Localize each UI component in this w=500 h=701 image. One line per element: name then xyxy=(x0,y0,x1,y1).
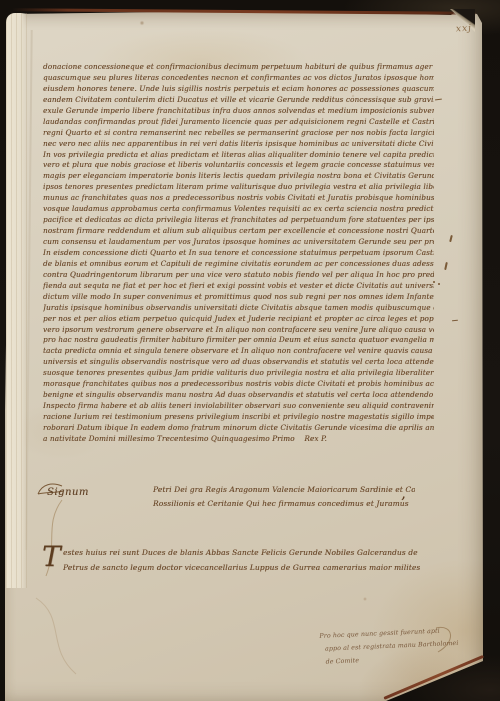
witness-text-block: estes huius rei sunt Duces de blanis Abb… xyxy=(63,546,420,575)
signum-label: Signum xyxy=(47,487,89,498)
witness-line: estes huius rei sunt Duces de blanis Abb… xyxy=(63,546,420,561)
text-line: vero et plura que nobis graciose et libe… xyxy=(43,160,434,171)
text-line: a nativitate Domini millesimo Trecentesi… xyxy=(43,434,434,445)
text-line: contra Quadringentorum librarum per una … xyxy=(43,270,434,281)
text-line: In eisdem concessione dicti Quarto et In… xyxy=(43,248,434,259)
manuscript-photo: xxj donacione concessioneque et confirma… xyxy=(0,0,500,701)
text-line: Inspecto firma habere et ab aliis teneri… xyxy=(43,401,434,412)
text-line: Juratis ipsisque hominibus observandis u… xyxy=(43,303,434,314)
text-line: exule Gerunde imperio libere franchitati… xyxy=(43,106,434,117)
text-line: pro hac nostra gaudeatis firmiter habitu… xyxy=(43,335,434,346)
text-line: munus ac franchitates quas nos a predece… xyxy=(43,193,434,204)
signum-line: Petri Dei gra Regis Aragonum Valencie Ma… xyxy=(153,483,415,497)
witness-initial-letter: T xyxy=(42,540,61,573)
underlying-page-edges xyxy=(6,13,27,588)
text-line: ipsos tenores presentes predictam litera… xyxy=(43,182,434,193)
text-line: magis per eleganciam imperatorie bonis l… xyxy=(43,171,434,182)
text-line: quascumque seu plures literas concedente… xyxy=(43,73,434,84)
text-line: fienda aut sequta ne fiat et per hoc et … xyxy=(43,281,434,292)
signum-line: Rossilionis et Ceritanie Qui hec firmamu… xyxy=(153,497,415,511)
text-line: laudandas confirmandas prout fidei Juram… xyxy=(43,117,434,128)
text-line: nostram firmare reddendum et alium sub a… xyxy=(43,226,434,237)
pen-trial-flourish-icon xyxy=(22,580,142,690)
text-line: eandem Civitatem contulerim dicti Ducatu… xyxy=(43,95,434,106)
text-line: vero ipsorum vestrorum genere observare … xyxy=(43,325,434,336)
note-flourish-icon xyxy=(432,622,458,658)
text-line: morasque franchitates quibus nos a prede… xyxy=(43,379,434,390)
witness-line: Petrus de sancto legum doctor vicecancel… xyxy=(63,561,420,576)
main-text-block: donacione concessioneque et confirmacion… xyxy=(43,62,434,445)
text-line: de blanis et omnibus eorum et Capituli d… xyxy=(43,259,434,270)
margin-ink-mark xyxy=(433,281,435,283)
text-line: dictum ville modo In super convenimus et… xyxy=(43,292,434,303)
folio-number: xxj xyxy=(456,23,473,34)
text-line: racione Iurium rei testimonium presens p… xyxy=(43,412,434,423)
text-line: cum consensu et laudamentum per vos Jura… xyxy=(43,237,434,248)
text-line: nec vero nec aliis nec apparentibus in r… xyxy=(43,139,434,150)
text-line: regni Quarto et si contra remanserint ne… xyxy=(43,128,434,139)
text-line: per nos et per alios etiam perpetuo quic… xyxy=(43,314,434,325)
text-line: tacta predicta omnia et singula tenere o… xyxy=(43,346,434,357)
text-line: vosque laudamus approbamus certa confirm… xyxy=(43,204,434,215)
text-line: universis et singulis observandis nostri… xyxy=(43,357,434,368)
text-line: suosque tenores presentes quibus Jam pri… xyxy=(43,368,434,379)
text-line: In vos privilegia predicta et alias pred… xyxy=(43,150,434,161)
text-line: donacione concessioneque et confirmacion… xyxy=(43,62,434,73)
text-line: roborari Datum ibique In eadem domo frat… xyxy=(43,423,434,434)
text-line: eiusdem honores tenere. Unde luis sigill… xyxy=(43,84,434,95)
text-line: pacifice et dedicatas ac dicta privilegi… xyxy=(43,215,434,226)
signum-text-block: Petri Dei gra Regis Aragonum Valencie Ma… xyxy=(153,483,415,511)
text-line: benigne et singulis observandis manu nos… xyxy=(43,390,434,401)
